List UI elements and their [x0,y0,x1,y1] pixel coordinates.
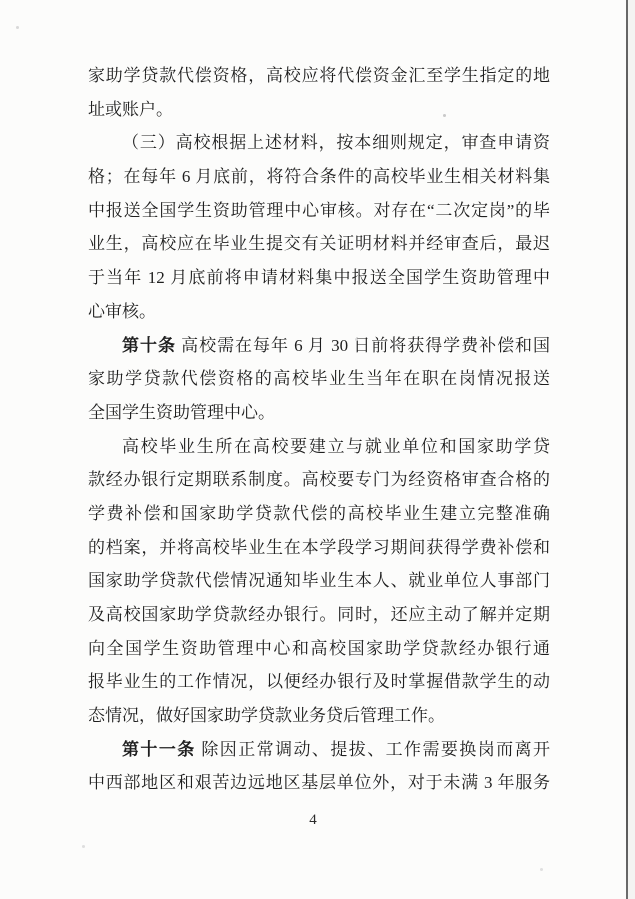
text-line: 学费补偿和国家助学贷款代偿的高校毕业生建立完整准确 [88,497,550,531]
scan-edge-halo [628,0,635,899]
text-line: 高校毕业生所在高校要建立与就业单位和国家助学贷 [88,430,550,464]
scan-speck [540,868,543,871]
text-line: 的档案，并将高校毕业生在本学段学习期间获得学费补偿和 [88,531,550,565]
text-line: 格；在每年 6 月底前，将符合条件的高校毕业生相关材料集 [88,160,550,194]
scan-speck [355,338,358,341]
text-line: 址或账户。 [88,93,550,127]
text-line: 家助学贷款代偿资格，高校应将代偿资金汇至学生指定的地 [88,59,550,93]
text-line: 家助学贷款代偿资格的高校毕业生当年在职在岗情况报送 [88,362,550,396]
scan-speck [16,26,19,29]
text-line: 中西部地区和艰苦边远地区基层单位外，对于未满 3 年服务 [88,766,550,800]
scanned-document-page: 家助学贷款代偿资格，高校应将代偿资金汇至学生指定的地 址或账户。 （三）高校根据… [0,0,635,899]
document-text-block: 家助学贷款代偿资格，高校应将代偿资金汇至学生指定的地 址或账户。 （三）高校根据… [88,59,550,800]
text-line: 款经办银行定期联系制度。高校要专门为经资格审查合格的 [88,463,550,497]
text-line-article-10: 第十条 高校需在每年 6 月 30 日前将获得学费补偿和国 [88,329,550,363]
text-line-article-11: 第十一条 除因正常调动、提拔、工作需要换岗而离开 [88,733,550,767]
text-line-segment: 除因正常调动、提拔、工作需要换岗而离开 [196,740,550,759]
scan-edge-artifact [626,0,628,899]
text-line: 全国学生资助管理中心。 [88,396,550,430]
page-number: 4 [88,808,538,832]
text-line: 于当年 12 月底前将申请材料集中报送全国学生资助管理中 [88,261,550,295]
text-line: 国家助学贷款代偿情况通知毕业生本人、就业单位人事部门 [88,564,550,598]
scan-speck [82,845,85,848]
text-line: 业生，高校应在毕业生提交有关证明材料并经审查后，最迟 [88,227,550,261]
text-line: 态情况，做好国家助学贷款业务贷后管理工作。 [88,699,550,733]
text-line: 报毕业生的工作情况，以便经办银行及时掌握借款学生的动 [88,665,550,699]
text-line: 心审核。 [88,295,550,329]
article-10-number: 第十条 [122,336,176,355]
text-line: 向全国学生资助管理中心和高校国家助学贷款经办银行通 [88,632,550,666]
text-line: 及高校国家助学贷款经办银行。同时，还应主动了解并定期 [88,598,550,632]
article-11-number: 第十一条 [122,740,196,759]
text-line-segment: 高校需在每年 6 月 30 日前将获得学费补偿和国 [176,336,550,355]
text-line: 中报送全国学生资助管理中心审核。对存在“二次定岗”的毕 [88,194,550,228]
text-line: （三）高校根据上述材料，按本细则规定，审查申请资 [88,126,550,160]
scan-speck [443,114,446,117]
